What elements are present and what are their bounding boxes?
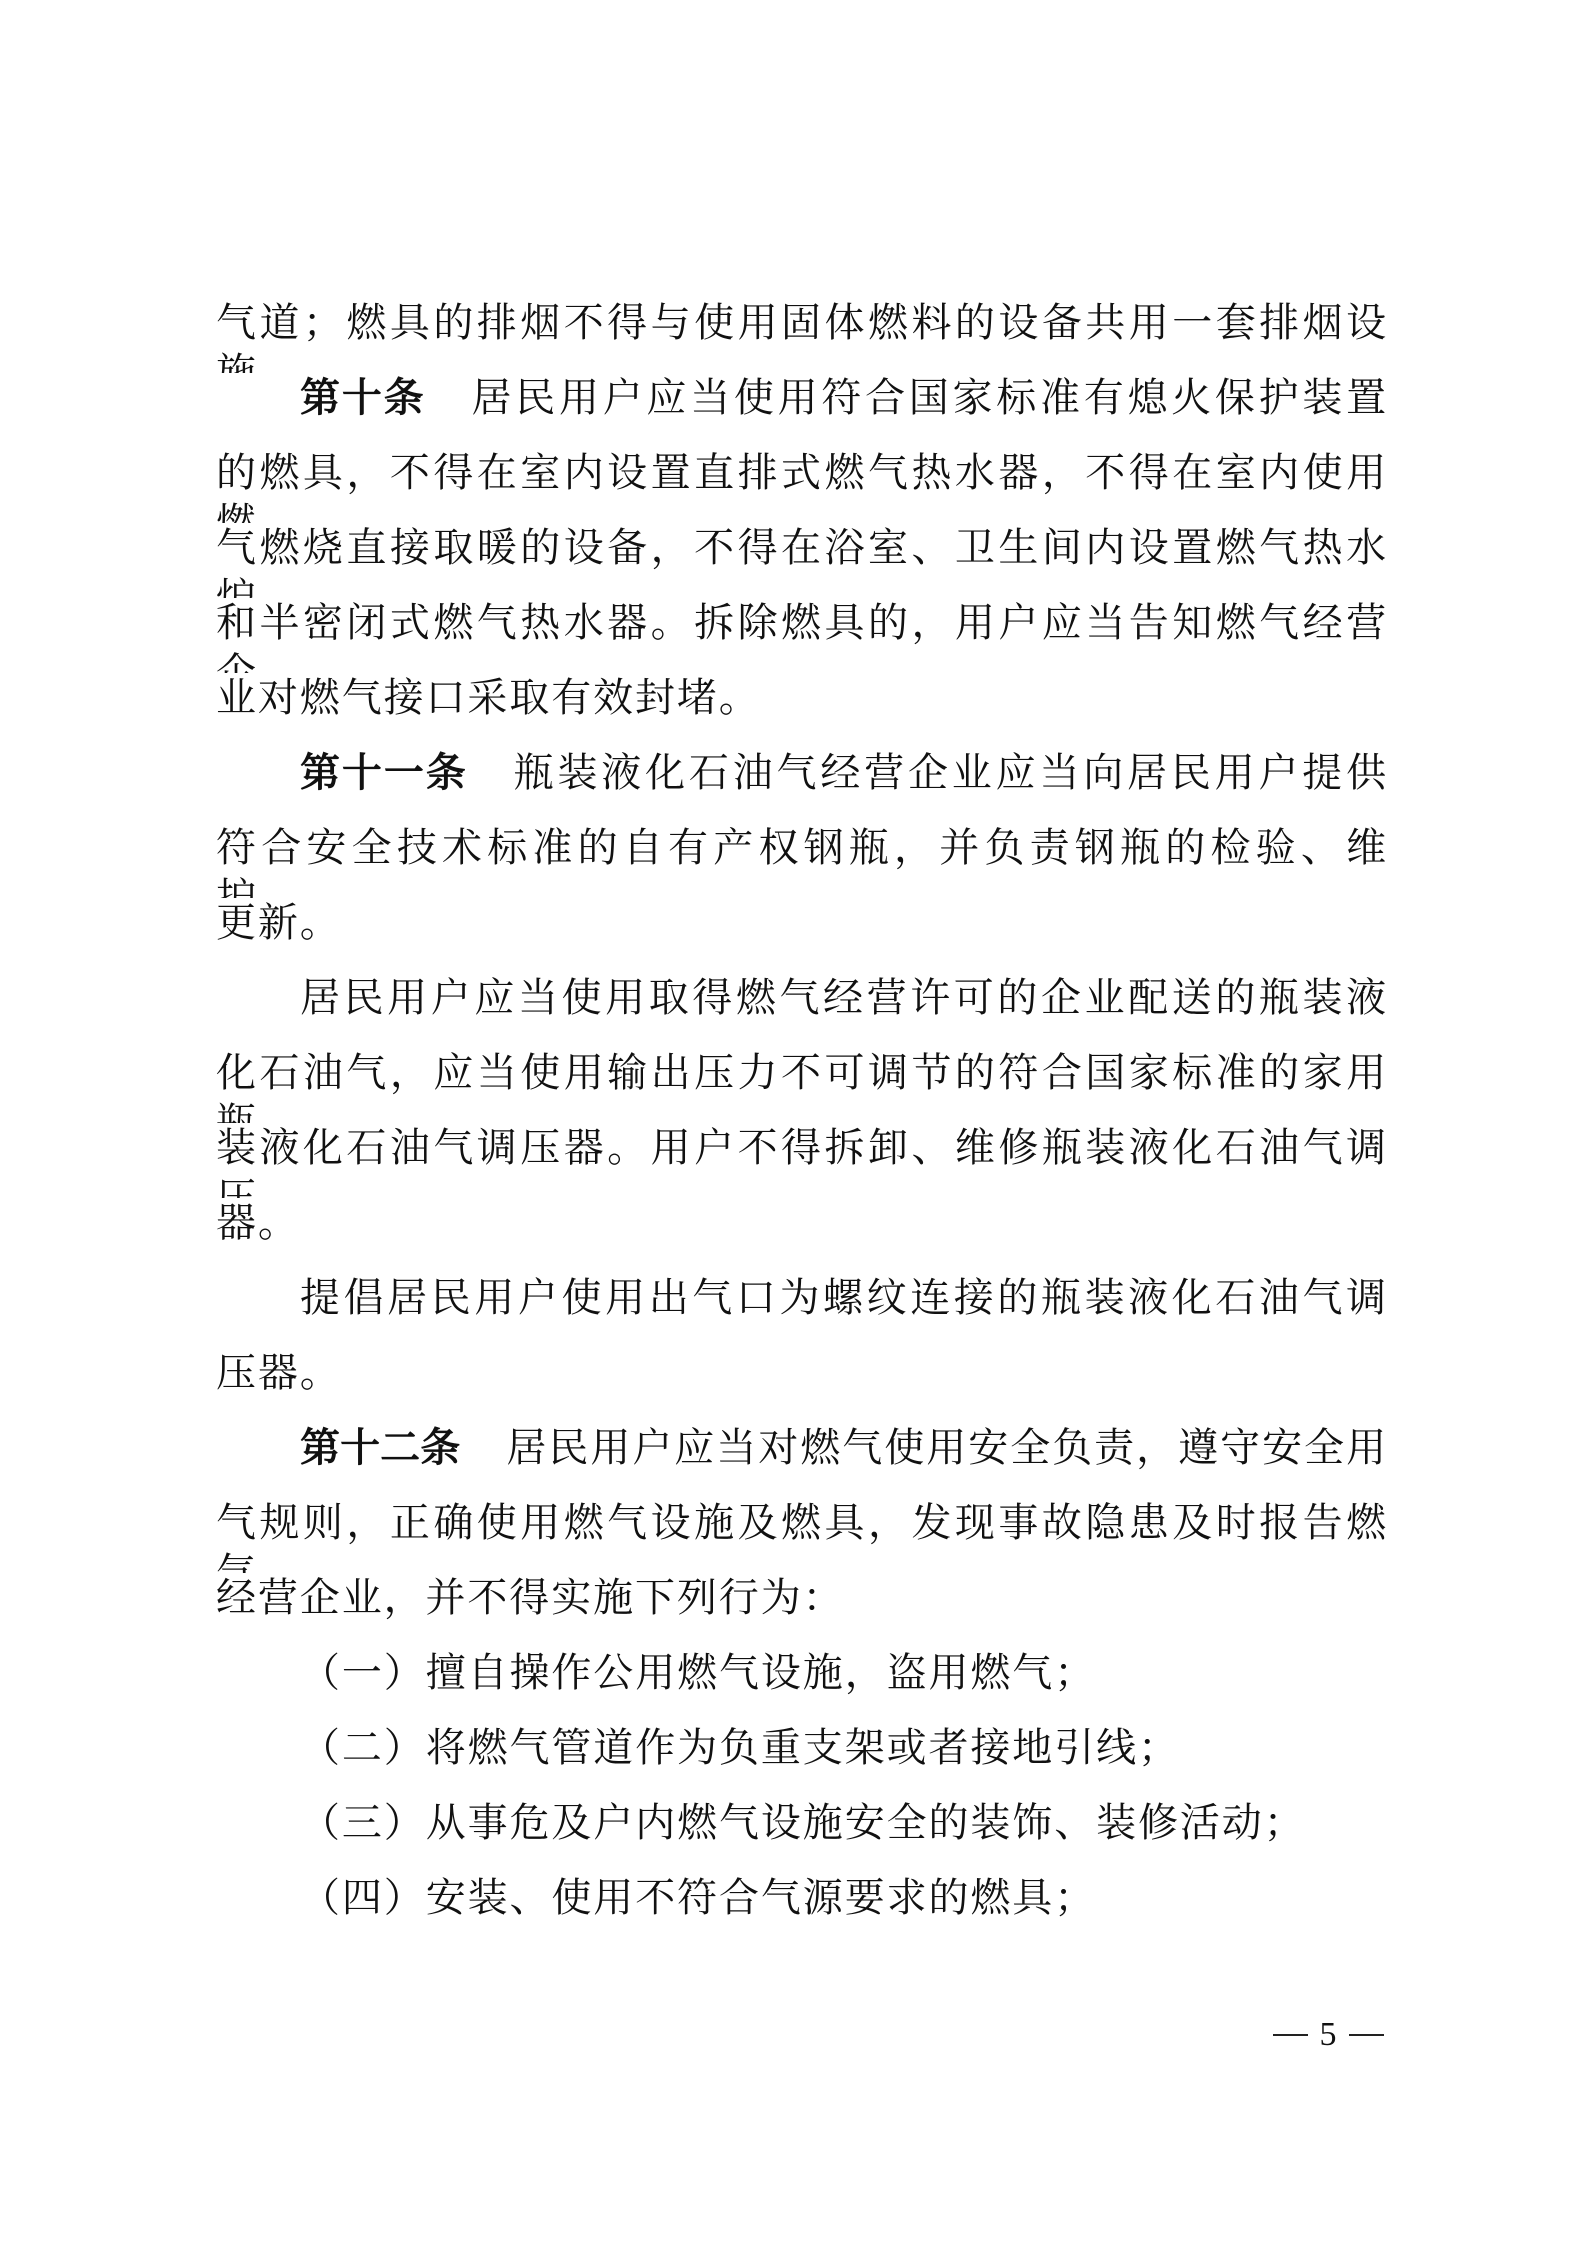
text-line: 更新。 [216,898,1388,973]
text-line: 符合安全技术标准的自有产权钢瓶，并负责钢瓶的检验、维护、 [216,823,1388,898]
text-line: 压器。 [216,1348,1388,1423]
text-line: 的燃具，不得在室内设置直排式燃气热水器，不得在室内使用燃 [216,448,1388,523]
text-line: 化石油气，应当使用输出压力不可调节的符合国家标准的家用瓶 [216,1048,1388,1123]
paragraph-first-line: 提倡居民用户使用出气口为螺纹连接的瓶装液化石油气调 [216,1273,1388,1348]
text-line: 气燃烧直接取暖的设备，不得在浴室、卫生间内设置燃气热水炉 [216,523,1388,598]
text-line: 和半密闭式燃气热水器。拆除燃具的，用户应当告知燃气经营企 [216,598,1388,673]
document-page: 气道；燃具的排烟不得与使用固体燃料的设备共用一套排烟设施。 第十条居民用户应当使… [0,0,1587,2245]
text-line: 器。 [216,1198,1388,1273]
article-heading: 第十条 [300,376,426,420]
article-12-first-line: 第十二条居民用户应当对燃气使用安全负责，遵守安全用 [216,1423,1388,1498]
dash-right [1349,2034,1384,2036]
paragraph-first-line: 居民用户应当使用取得燃气经营许可的企业配送的瓶装液 [216,973,1388,1048]
article-text: 居民用户应当使用符合国家标准有熄火保护装置 [472,375,1389,420]
list-item: （一）擅自操作公用燃气设施，盗用燃气； [216,1648,1388,1723]
page-number-value: 5 [1320,2016,1337,2053]
dash-left [1273,2034,1308,2036]
article-heading: 第十二条 [300,1426,460,1470]
article-text: 瓶装液化石油气经营企业应当向居民用户提供 [514,750,1388,795]
article-11-first-line: 第十一条瓶装液化石油气经营企业应当向居民用户提供 [216,748,1388,823]
text-line: 气道；燃具的排烟不得与使用固体燃料的设备共用一套排烟设施。 [216,298,1388,373]
page-number: 5 [1258,2010,1398,2060]
article-10-first-line: 第十条居民用户应当使用符合国家标准有熄火保护装置 [216,373,1388,448]
document-body: 气道；燃具的排烟不得与使用固体燃料的设备共用一套排烟设施。 第十条居民用户应当使… [216,298,1388,1948]
text-line: 气规则，正确使用燃气设施及燃具，发现事故隐患及时报告燃气 [216,1498,1388,1573]
list-item: （三）从事危及户内燃气设施安全的装饰、装修活动； [216,1798,1388,1873]
article-text: 居民用户应当对燃气使用安全负责，遵守安全用 [506,1425,1388,1470]
article-heading: 第十一条 [300,751,468,795]
text-line: 装液化石油气调压器。用户不得拆卸、维修瓶装液化石油气调压 [216,1123,1388,1198]
text-line: 经营企业，并不得实施下列行为： [216,1573,1388,1648]
list-item: （二）将燃气管道作为负重支架或者接地引线； [216,1723,1388,1798]
list-item: （四）安装、使用不符合气源要求的燃具； [216,1873,1388,1948]
text-line: 业对燃气接口采取有效封堵。 [216,673,1388,748]
